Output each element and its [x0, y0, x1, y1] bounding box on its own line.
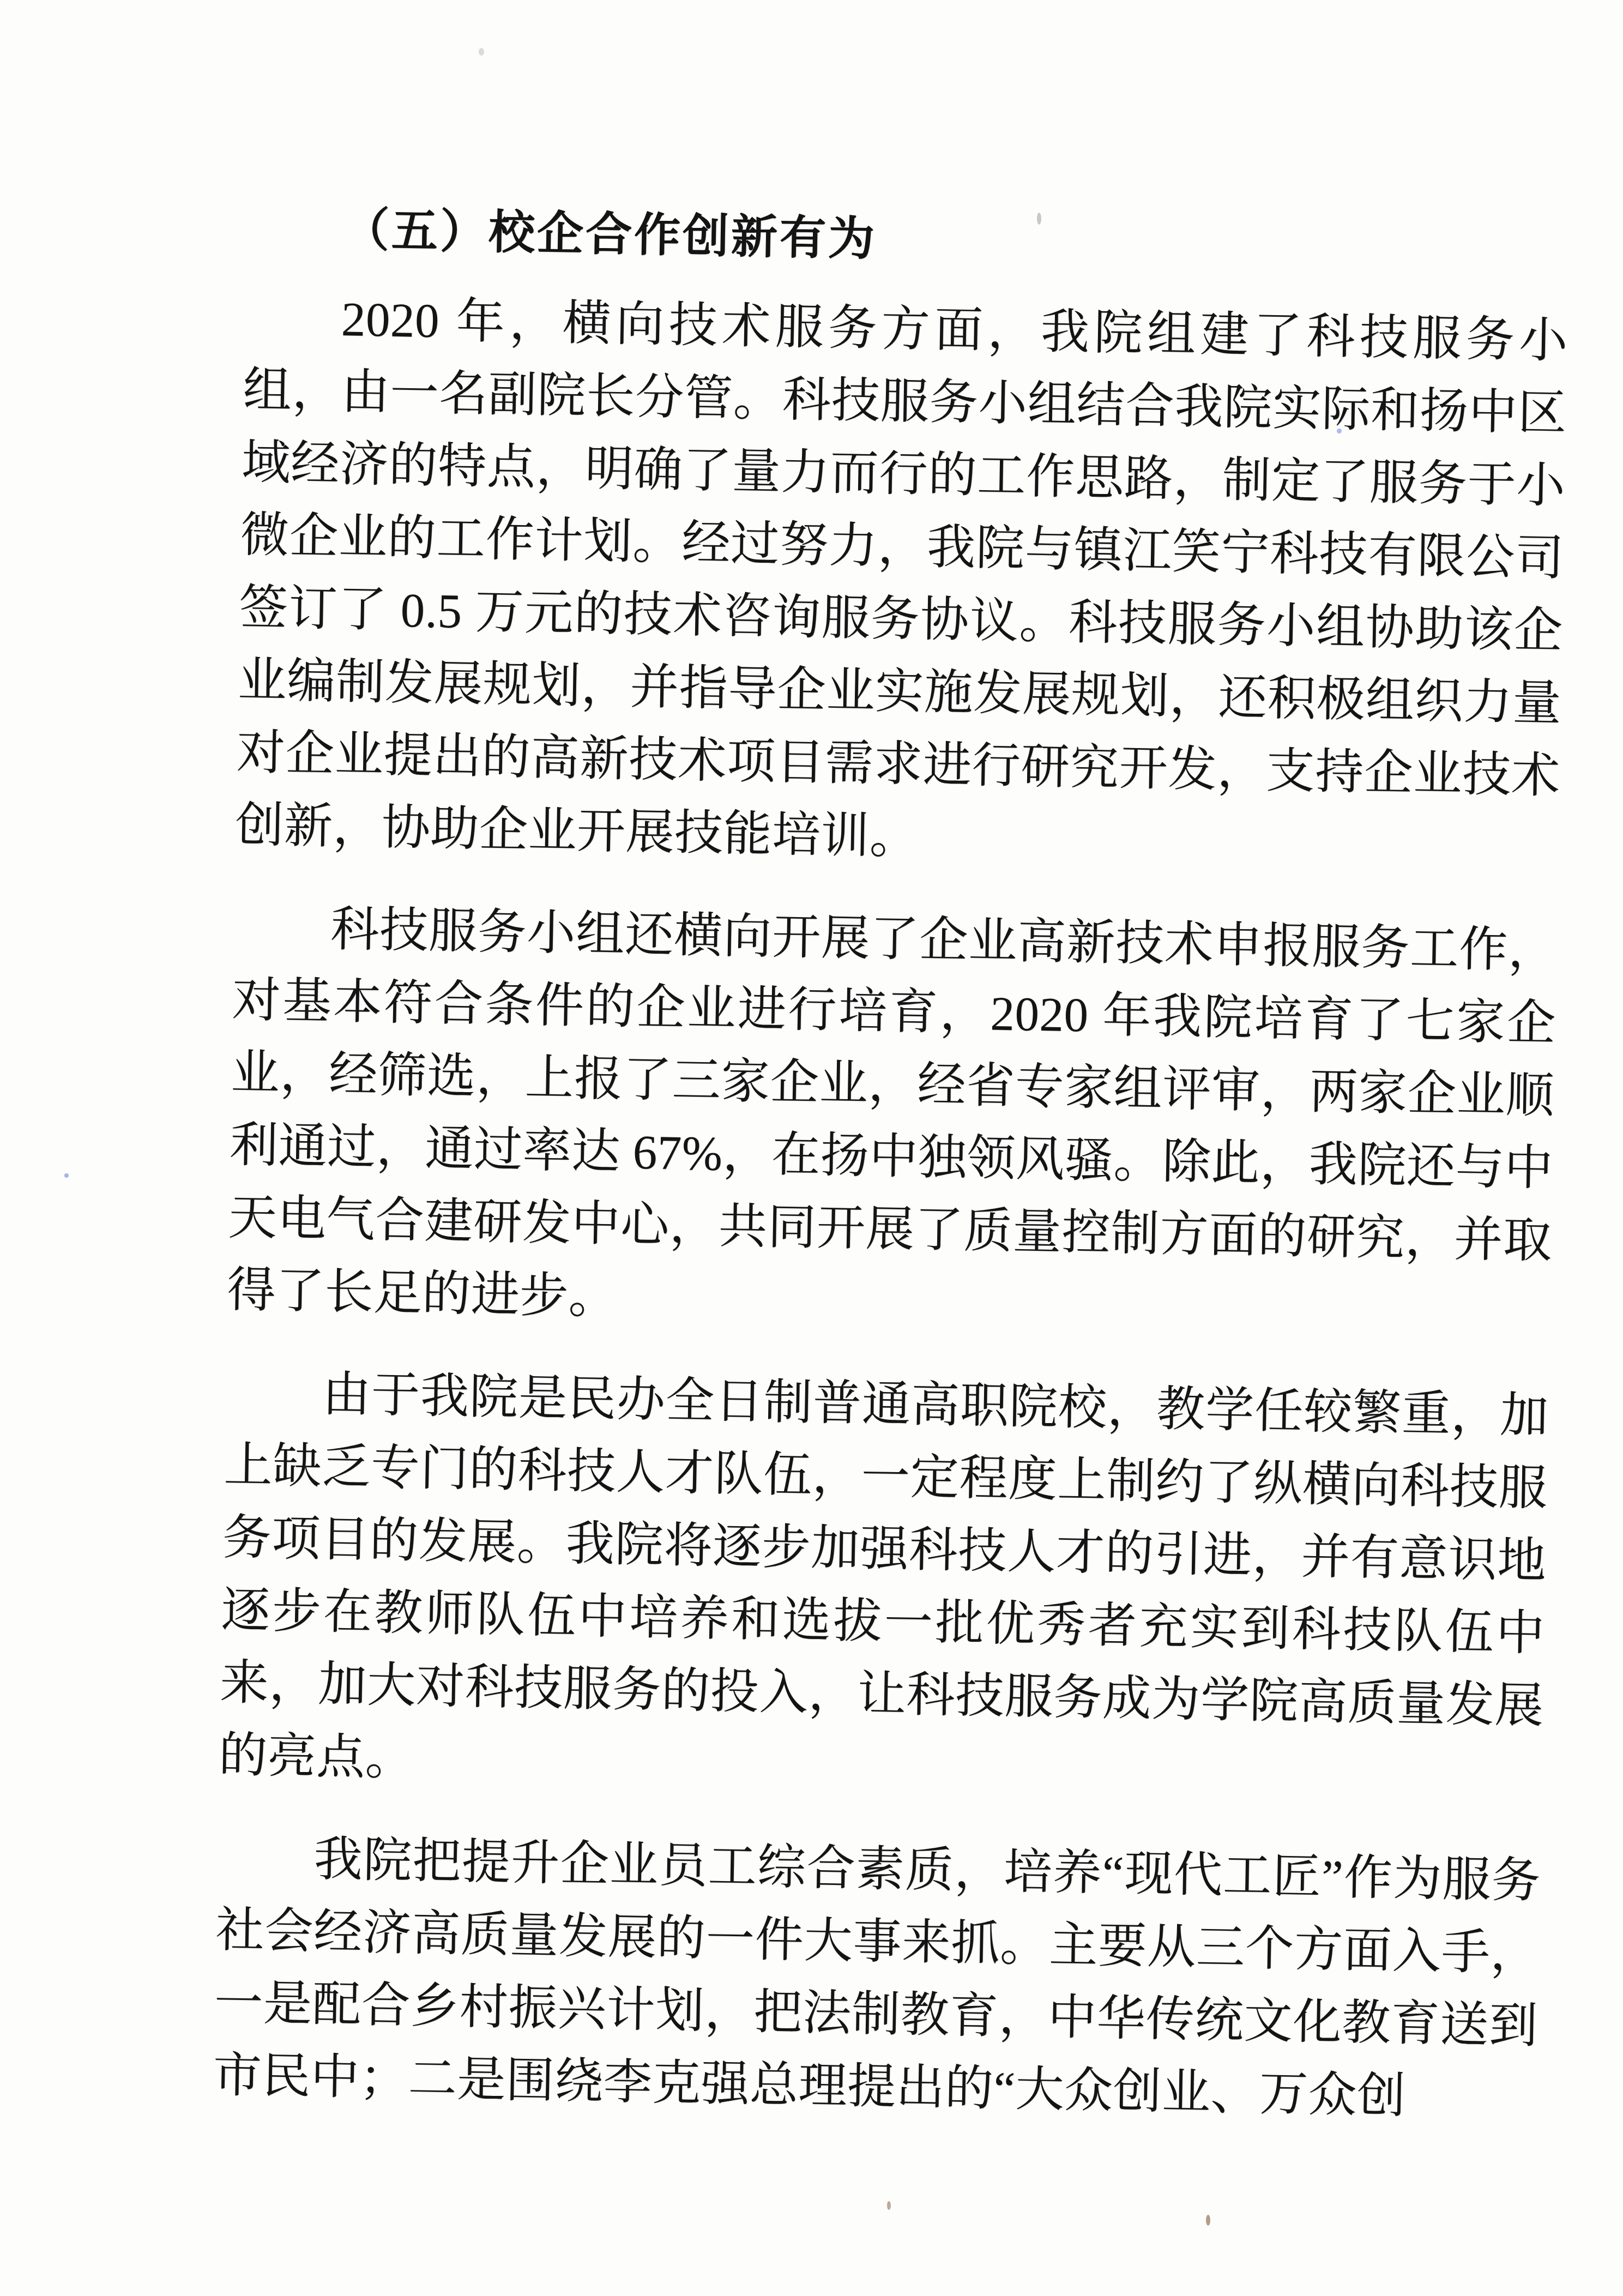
section-heading: （五）校企合作创新有为 [245, 200, 1570, 280]
page-content: （五）校企合作创新有为 2020 年，横向技术服务方面，我院组建了科技服务小组，… [213, 200, 1570, 2136]
body-paragraph: 2020 年，横向技术服务方面，我院组建了科技服务小组，由一名副院长分管。科技服… [234, 282, 1568, 885]
body-paragraph: 我院把提升企业员工综合素质，培养“现代工匠”作为服务社会经济高质量发展的一件大事… [213, 1822, 1541, 2135]
body-paragraph: 由于我院是民办全日制普通高职院校，教学任较繁重，加上缺乏专门的科技人才队伍，一定… [218, 1357, 1549, 1816]
body-paragraph: 科技服务小组还横向开展了企业高新技术申报服务工作，对基本符合条件的企业进行培育，… [226, 892, 1558, 1351]
document-page: （五）校企合作创新有为 2020 年，横向技术服务方面，我院组建了科技服务小组，… [0, 0, 1623, 2296]
scan-speck [64, 1173, 69, 1178]
scan-speck [479, 48, 484, 56]
scan-speck [887, 2201, 891, 2210]
scan-speck [1206, 2215, 1210, 2226]
